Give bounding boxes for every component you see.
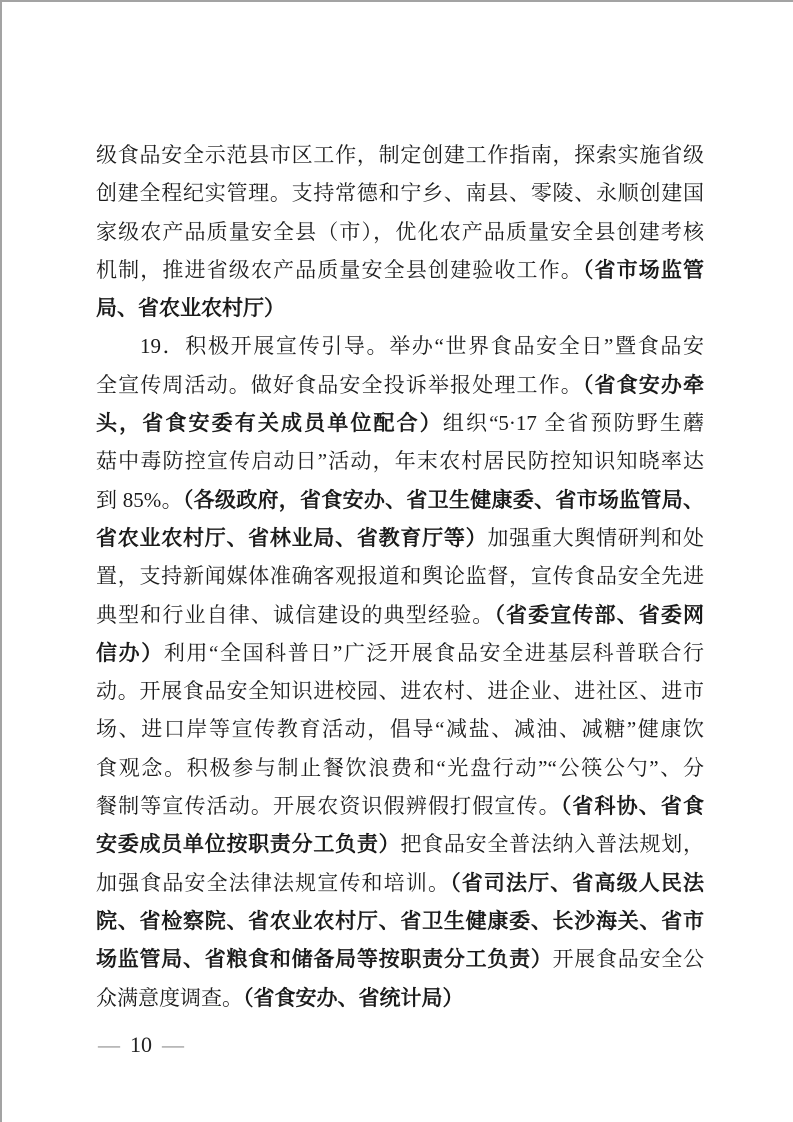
text-run: 创建全程纪实管理。支持常德和宁乡、南县、零陵、永顺创建国: [96, 181, 704, 205]
attribution-run: （省食安办、省统计局）: [243, 986, 464, 1010]
text-run: 机制，推进省级农产品质量安全县创建验收工作。: [96, 258, 583, 282]
text-line: 头，省食安委有关成员单位配合）组织“5·17 全省预防野生蘑: [96, 404, 704, 442]
text-line: 场监管局、省粮食和储备局等按职责分工负责）开展食品安全公: [96, 940, 704, 978]
text-run: 加强食品安全法律法规宣传和培训。: [96, 871, 450, 895]
text-run: 置，支持新闻媒体准确客观报道和舆论监督，宣传食品安全先进: [96, 564, 704, 588]
text-run: 餐制等宣传活动。开展农资识假辨假打假宣传。: [96, 794, 561, 818]
text-line: 家级农产品质量安全县（市），优化农产品质量安全县创建考核: [96, 213, 704, 251]
text-run: 加强重大舆情研判和处: [487, 526, 704, 550]
document-page: 级食品安全示范县市区工作，制定创建工作指南，探索实施省级创建全程纪实管理。支持常…: [0, 0, 793, 1122]
attribution-run: 场监管局、省粮食和储备局等按职责分工负责）: [96, 947, 553, 971]
attribution-run: 院、省检察院、省农业农村厅、省卫生健康委、长沙海关、省市: [96, 909, 704, 933]
text-line: 动。开展食品安全知识进校园、进农村、进企业、进社区、进市: [96, 672, 704, 710]
attribution-run: 局、省农业农村厅）: [96, 296, 285, 320]
attribution-run: （各级政府，省食安办、省卫生健康委、省市场监管局、: [183, 488, 704, 512]
document-text-block: 级食品安全示范县市区工作，制定创建工作指南，探索实施省级创建全程纪实管理。支持常…: [96, 136, 704, 1017]
text-run: 众满意度调查。: [96, 986, 243, 1010]
text-line: 菇中毒防控宣传启动日”活动，年末农村居民防控知识知晓率达: [96, 442, 704, 480]
page-number-right-dash: —: [162, 1032, 184, 1057]
attribution-run: （省食安办牵: [583, 373, 704, 397]
text-line: 众满意度调查。（省食安办、省统计局）: [96, 979, 704, 1017]
text-line: 安委成员单位按职责分工负责）把食品安全普法纳入普法规划，: [96, 825, 704, 863]
text-run: 食观念。积极参与制止餐饮浪费和“光盘行动”“公筷公勺”、分: [96, 756, 704, 780]
text-run: 级食品安全示范县市区工作，制定创建工作指南，探索实施省级: [96, 143, 704, 167]
text-run: 组织“5·17 全省预防野生蘑: [443, 411, 704, 435]
page-number-value: 10: [130, 1032, 152, 1057]
text-line: 19．积极开展宣传引导。举办“世界食品安全日”暨食品安: [96, 327, 704, 365]
text-line: 院、省检察院、省农业农村厅、省卫生健康委、长沙海关、省市: [96, 902, 704, 940]
page-number: —10—: [98, 1030, 184, 1060]
attribution-run: （省科协、省食: [561, 794, 704, 818]
text-line: 餐制等宣传活动。开展农资识假辨假打假宣传。（省科协、省食: [96, 787, 704, 825]
text-line: 食观念。积极参与制止餐饮浪费和“光盘行动”“公筷公勺”、分: [96, 749, 704, 787]
text-run: 到 85%。: [96, 488, 183, 512]
text-line: 级食品安全示范县市区工作，制定创建工作指南，探索实施省级: [96, 136, 704, 174]
text-run: 场、进口岸等宣传教育活动，倡导“减盐、减油、减糖”健康饮: [96, 717, 704, 741]
text-line: 信办）利用“全国科普日”广泛开展食品安全进基层科普联合行: [96, 634, 704, 672]
text-line: 局、省农业农村厅）: [96, 289, 704, 327]
attribution-run: （省委宣传部、省委网: [494, 603, 704, 627]
text-line: 到 85%。（各级政府，省食安办、省卫生健康委、省市场监管局、: [96, 481, 704, 519]
text-line: 全宣传周活动。做好食品安全投诉举报处理工作。（省食安办牵: [96, 366, 704, 404]
text-line: 加强食品安全法律法规宣传和培训。（省司法厅、省高级人民法: [96, 864, 704, 902]
attribution-run: （省市场监管: [583, 258, 704, 282]
text-run: 家级农产品质量安全县（市），优化农产品质量安全县创建考核: [96, 220, 704, 244]
text-run: 典型和行业自律、诚信建设的典型经验。: [96, 603, 494, 627]
attribution-run: 省农业农村厅、省林业局、省教育厅等）: [96, 526, 487, 550]
text-line: 置，支持新闻媒体准确客观报道和舆论监督，宣传食品安全先进: [96, 557, 704, 595]
text-line: 机制，推进省级农产品质量安全县创建验收工作。（省市场监管: [96, 251, 704, 289]
text-run: 全宣传周活动。做好食品安全投诉举报处理工作。: [96, 373, 583, 397]
page-number-left-dash: —: [98, 1032, 120, 1057]
text-line: 创建全程纪实管理。支持常德和宁乡、南县、零陵、永顺创建国: [96, 174, 704, 212]
text-line: 省农业农村厅、省林业局、省教育厅等）加强重大舆情研判和处: [96, 519, 704, 557]
text-run: 把食品安全普法纳入普法规划，: [400, 832, 704, 856]
text-run: 动。开展食品安全知识进校园、进农村、进企业、进社区、进市: [96, 679, 704, 703]
attribution-run: 信办）: [96, 641, 164, 665]
text-line: 典型和行业自律、诚信建设的典型经验。（省委宣传部、省委网: [96, 596, 704, 634]
attribution-run: 安委成员单位按职责分工负责）: [96, 832, 400, 856]
text-run: 菇中毒防控宣传启动日”活动，年末农村居民防控知识知晓率达: [96, 449, 704, 473]
text-run: 开展食品安全公: [553, 947, 704, 971]
text-line: 场、进口岸等宣传教育活动，倡导“减盐、减油、减糖”健康饮: [96, 710, 704, 748]
attribution-run: （省司法厅、省高级人民法: [450, 871, 704, 895]
text-run: 利用“全国科普日”广泛开展食品安全进基层科普联合行: [164, 641, 704, 665]
attribution-run: 头，省食安委有关成员单位配合）: [96, 411, 443, 435]
text-run: 19．积极开展宣传引导。举办“世界食品安全日”暨食品安: [140, 334, 704, 358]
